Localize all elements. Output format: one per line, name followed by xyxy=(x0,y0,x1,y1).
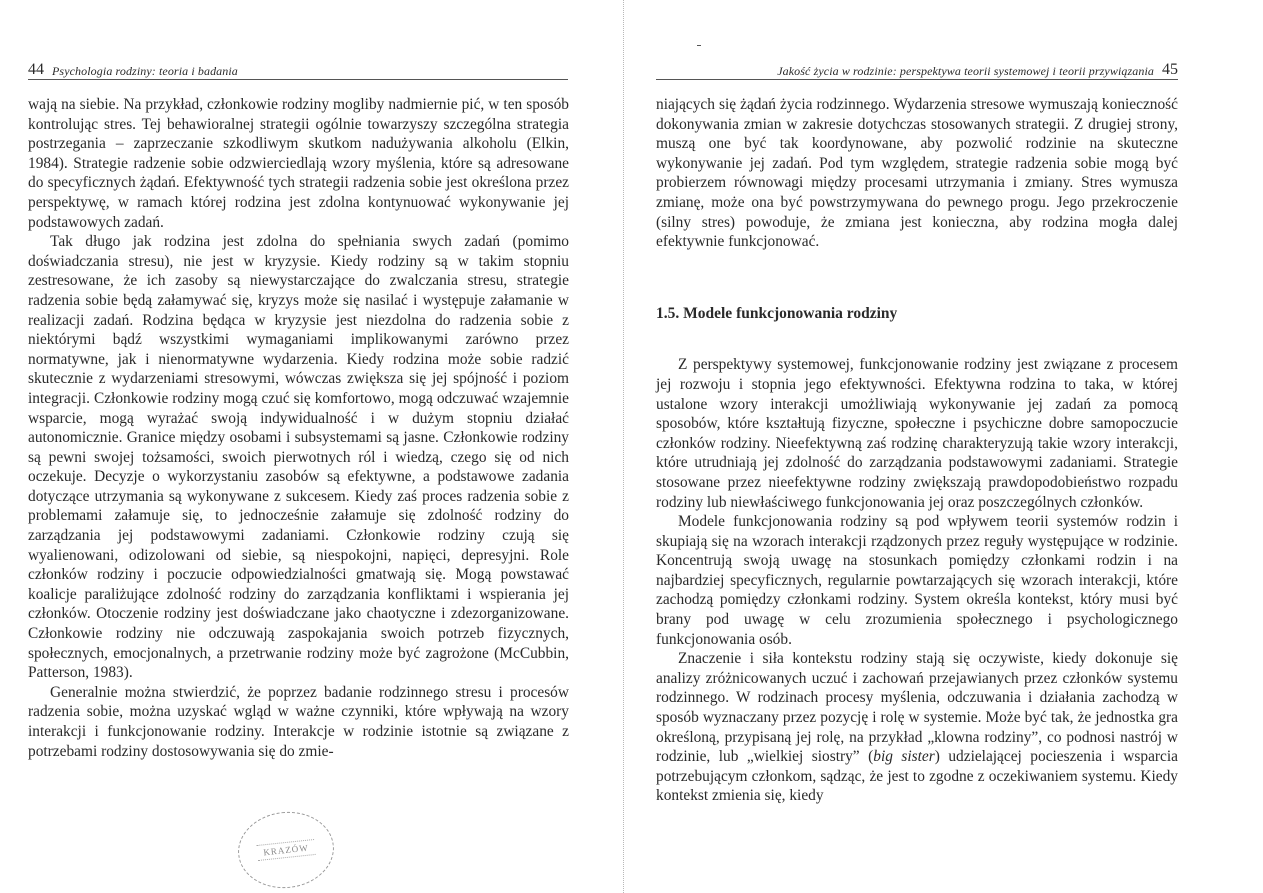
paragraph: wają na siebie. Na przykład, członkowie … xyxy=(28,95,569,232)
right-page-header: Jakość życia w rodzinie: perspektywa teo… xyxy=(656,57,1178,80)
left-page-body: wają na siebie. Na przykład, członkowie … xyxy=(28,95,569,761)
paragraph: Generalnie można stwierdzić, że poprzez … xyxy=(28,683,569,761)
right-page: Jakość życia w rodzinie: perspektywa teo… xyxy=(630,0,1263,893)
section-heading: 1.5. Modele funkcjonowania rodziny xyxy=(656,304,1178,324)
page-number: 45 xyxy=(1162,61,1178,79)
paragraph: Tak długo jak rodzina jest zdolna do spe… xyxy=(28,232,569,683)
library-stamp: KRAZÓW xyxy=(234,807,337,893)
left-page-header: 44 Psychologia rodziny: teoria i badania xyxy=(28,57,568,80)
stamp-text: KRAZÓW xyxy=(257,839,316,861)
right-page-body: niających się żądań życia rodzinnego. Wy… xyxy=(656,95,1178,806)
paragraph: Znaczenie i siła kontekstu rodziny stają… xyxy=(656,649,1178,806)
paragraph: Modele funkcjonowania rodziny są pod wpł… xyxy=(656,512,1178,649)
paragraph: Z perspektywy systemowej, funkcjonowanie… xyxy=(656,355,1178,512)
left-page: 44 Psychologia rodziny: teoria i badania… xyxy=(0,0,620,893)
running-header: Psychologia rodziny: teoria i badania xyxy=(52,64,238,79)
page-gutter xyxy=(623,0,624,893)
page-number: 44 xyxy=(28,61,44,79)
paragraph: niających się żądań życia rodzinnego. Wy… xyxy=(656,95,1178,252)
italic-term: big sister xyxy=(873,748,935,765)
running-header: Jakość życia w rodzinie: perspektywa teo… xyxy=(777,64,1154,79)
